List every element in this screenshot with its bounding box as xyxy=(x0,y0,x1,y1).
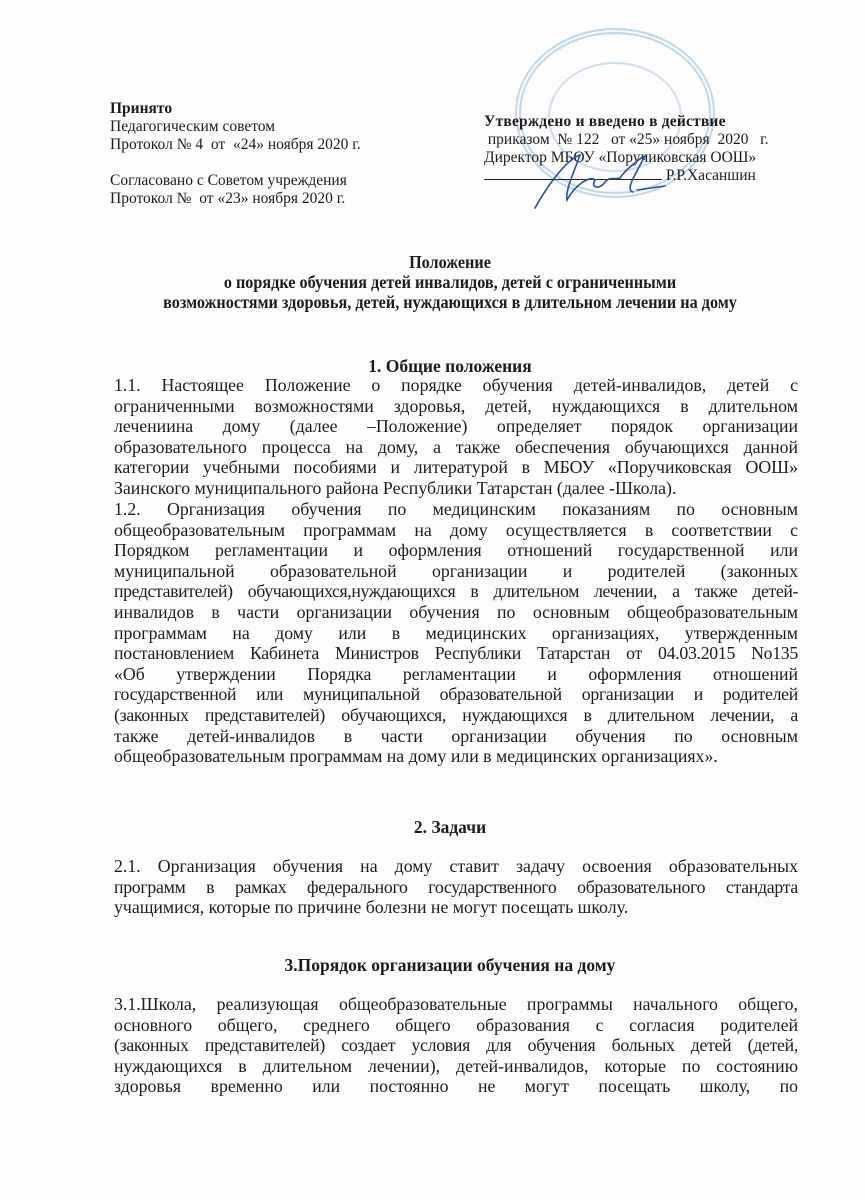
section-heading-2: 2. Задачи xyxy=(100,817,800,838)
accepted-label: Принято xyxy=(110,100,361,118)
text-line: 2.1. Организация обучения на дому ставит… xyxy=(114,856,798,877)
document-title: Положение о порядке обучения детей инвал… xyxy=(135,252,765,312)
agreed-with: Согласовано с Советом учреждения xyxy=(110,172,361,190)
director-signature xyxy=(505,150,685,210)
text-line: 1.1. Настоящее Положение о порядке обуче… xyxy=(114,375,798,396)
text-line: нуждающихся в длительном лечении), детей… xyxy=(114,1056,798,1077)
text-line: (законных представителей) обучающихся, н… xyxy=(114,705,798,726)
paragraph-1-1: 1.1. Настоящее Положение о порядке обуче… xyxy=(114,375,798,499)
text-line: ограниченными возможностями здоровья, де… xyxy=(114,396,798,417)
text-line: здоровья временно или постоянно не могут… xyxy=(114,1076,798,1097)
text-line: общеобразовательным программам на дому и… xyxy=(114,746,798,767)
text-line: инвалидов в части организации обучения п… xyxy=(114,602,798,623)
text-line: Заинского муниципального района Республи… xyxy=(114,478,798,499)
text-line: общеобразовательным программам на дому о… xyxy=(114,520,798,541)
section-heading-1: 1. Общие положения xyxy=(100,356,800,377)
accepted-by: Педагогическим советом xyxy=(110,118,361,136)
text-line: государственной или муниципальной образо… xyxy=(114,684,798,705)
title-line-3: возможностями здоровья, детей, нуждающих… xyxy=(135,292,765,312)
text-line: (законных представителей) создает услови… xyxy=(114,1035,798,1056)
title-line-1: Положение xyxy=(135,252,765,272)
document-page: Принято Педагогическим советом Протокол … xyxy=(0,0,865,1200)
accepted-block: Принято Педагогическим советом Протокол … xyxy=(110,100,361,208)
text-line: программам на дому или в медицинских орг… xyxy=(114,623,798,644)
text-line: представителей) обучающихся,нуждающихся … xyxy=(114,581,798,602)
paragraph-3-1: 3.1.Школа, реализующая общеобразовательн… xyxy=(114,994,798,1097)
section-heading-3: 3.Порядок организации обучения на дому xyxy=(100,955,800,976)
approved-label: Утверждено и введено в действие xyxy=(484,113,769,131)
text-line: Порядком регламентации и оформления отно… xyxy=(114,540,798,561)
text-line: «Об утверждении Порядка регламентации и … xyxy=(114,664,798,685)
text-line: 1.2. Организация обучения по медицинским… xyxy=(114,499,798,520)
paragraph-2-1: 2.1. Организация обучения на дому ставит… xyxy=(114,856,798,918)
protocol-line-1: Протокол № 4 от «24» ноября 2020 г. xyxy=(110,136,361,154)
text-line: постановлением Кабинета Министров Респуб… xyxy=(114,643,798,664)
text-line: 3.1.Школа, реализующая общеобразовательн… xyxy=(114,994,798,1015)
title-line-2: о порядке обучения детей инвалидов, дете… xyxy=(135,272,765,292)
text-line: учащимися, которые по причине болезни не… xyxy=(114,897,798,918)
text-line: категории учебными пособиями и литератур… xyxy=(114,457,798,478)
paragraph-1-2: 1.2. Организация обучения по медицинским… xyxy=(114,499,798,767)
text-line: лечениина дому (далее –Положение) опреде… xyxy=(114,416,798,437)
text-line: также детей-инвалидов в части организаци… xyxy=(114,726,798,747)
text-line: муниципальной образовательной организаци… xyxy=(114,561,798,582)
protocol-line-2: Протокол № от «23» ноября 2020 г. xyxy=(110,190,361,208)
text-line: программ в рамках федерального государст… xyxy=(114,877,798,898)
text-line: основного общего, среднего общего образо… xyxy=(114,1015,798,1036)
order-line: приказом № 122 от «25» ноября 2020 г. xyxy=(484,131,769,149)
text-line: образовательного процесса на дому, а так… xyxy=(114,437,798,458)
